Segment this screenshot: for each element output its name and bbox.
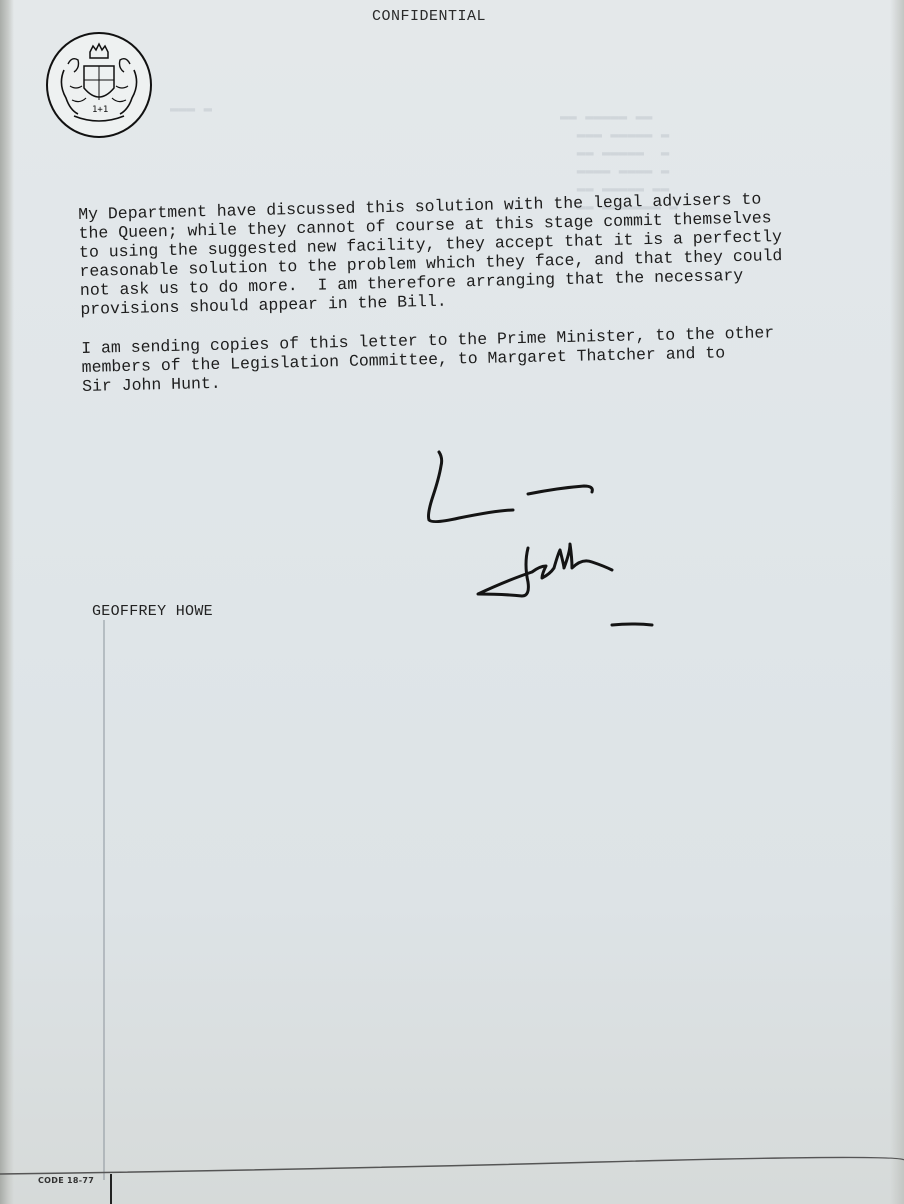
classification-marking: CONFIDENTIAL — [372, 8, 486, 25]
page-edge-shadow — [0, 0, 14, 1204]
svg-text:1+1: 1+1 — [92, 105, 108, 115]
handwritten-signature-icon — [420, 440, 720, 650]
royal-coat-of-arms-icon: 1+1 — [44, 30, 154, 140]
paragraph-legal-advisers: My Department have discussed this soluti… — [78, 187, 880, 319]
paragraph-copies: I am sending copies of this letter to th… — [81, 321, 882, 396]
document-page: ▬▬▬ ▬ ▬▬ ▬▬▬▬▬ ▬▬ ▬▬▬ ▬▬▬▬▬ ▬ ▬▬ ▬▬▬▬▬ ▬… — [0, 0, 904, 1204]
form-code: CODE 18-77 — [38, 1176, 94, 1185]
page-fold-line — [0, 1150, 904, 1180]
body-line: Sir John Hunt. — [82, 374, 221, 396]
show-through-text: ▬▬▬ ▬ — [170, 100, 212, 118]
signatory-name: GEOFFREY HOWE — [92, 603, 213, 620]
page-edge-shadow-right — [890, 0, 904, 1204]
margin-rule — [103, 620, 105, 1180]
letter-body: My Department have discussed this soluti… — [78, 187, 883, 416]
